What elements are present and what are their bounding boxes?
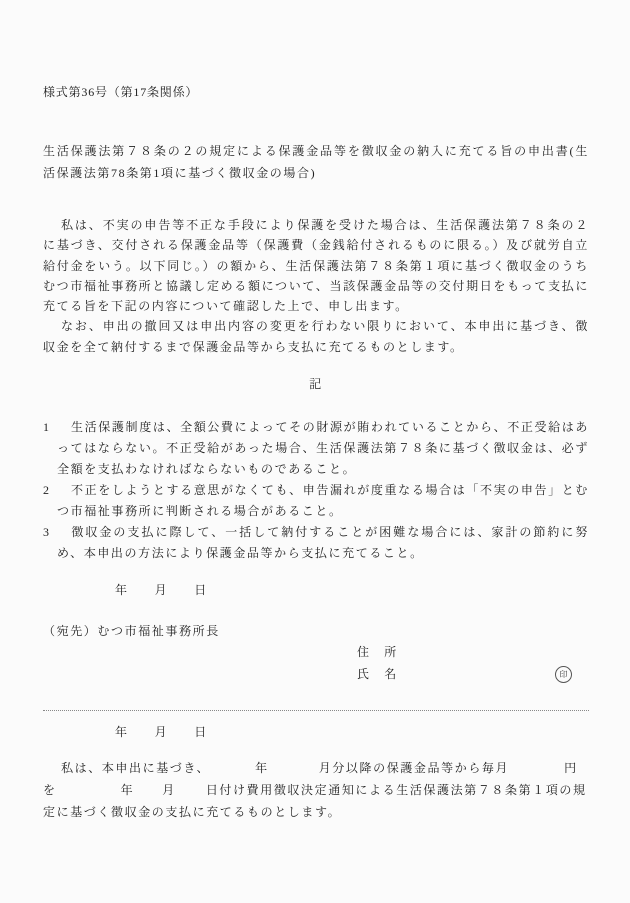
blank-day-field <box>176 793 206 794</box>
main-paragraphs: 私は、不実の申告等不正な手段により保護を受けた場合は、生活保護法第７８条の２に基… <box>43 215 589 357</box>
date-line-1: 年月日 <box>43 580 630 600</box>
notes-list: 1生活保護制度は、全額公費によってその財源が賄われていることから、不正受給はあっ… <box>43 417 589 564</box>
note-item-2: 2不正をしようとする意思がなくても、申告漏れが度重なる場合は「不実の申告」とむつ… <box>43 480 589 522</box>
day-label: 日 <box>194 725 208 739</box>
address-row: 住 所 <box>357 641 589 663</box>
lower-intro: 私は、本申出に基づき、 <box>61 761 210 775</box>
name-row: 氏 名 印 <box>357 663 589 685</box>
note-number: 1 <box>43 417 71 438</box>
note-text: 生活保護制度は、全額公費によってその財源が賄われていることから、不正受給はあって… <box>57 420 589 476</box>
year-label-2: 年 <box>121 783 135 797</box>
blank-year-field-2 <box>57 793 121 794</box>
lower-declaration: 私は、本申出に基づき、年月分以降の保護金品等から毎月円を年月日付け費用徴収決定通… <box>43 757 589 823</box>
month-label: 月 <box>155 725 169 739</box>
blank-year-field <box>210 771 255 772</box>
note-item-1: 1生活保護制度は、全額公費によってその財源が賄われていることから、不正受給はあっ… <box>43 417 589 480</box>
paragraph-declaration: 私は、不実の申告等不正な手段により保護を受けた場合は、生活保護法第７８条の２に基… <box>43 215 589 316</box>
month-label-2: 月 <box>162 783 176 797</box>
address-label: 住 所 <box>357 645 398 659</box>
yen-label: 円 <box>564 761 578 775</box>
note-item-3: 3徴収金の支払に際して、一括して納付することが困難な場合には、家計の節約に努め、… <box>43 522 589 564</box>
notes-heading: 記 <box>43 374 589 394</box>
note-number: 3 <box>43 522 71 543</box>
name-label: 氏 名 <box>357 667 398 681</box>
note-number: 2 <box>43 480 71 501</box>
signature-block: 住 所 氏 名 印 <box>357 641 589 685</box>
dotted-separator <box>43 710 589 711</box>
month-label: 月 <box>155 583 169 597</box>
month-phrase: 月分以降の保護金品等から毎月 <box>319 761 509 775</box>
year-label: 年 <box>115 583 129 597</box>
day-label: 日 <box>194 583 208 597</box>
year-label: 年 <box>255 761 269 775</box>
blank-month-field-2 <box>134 793 162 794</box>
addressee: （宛先）むつ市福祉事務所長 <box>43 621 589 641</box>
document-title: 生活保護法第７８条の２の規定による保護金品等を徴収金の納入に充てる旨の申出書(生… <box>43 140 589 184</box>
paragraph-supplement: なお、申出の撤回又は申出内容の変更を行わない限りにおいて、本申出に基づき、徴収金… <box>43 316 589 357</box>
form-number: 様式第36号（第17条関係） <box>43 82 589 102</box>
document-content: 様式第36号（第17条関係） 生活保護法第７８条の２の規定による保護金品等を徴収… <box>43 0 589 903</box>
blank-amount-field <box>509 771 564 772</box>
date-line-2: 年月日 <box>43 722 630 742</box>
blank-month-field <box>269 771 319 772</box>
note-text: 徴収金の支払に際して、一括して納付することが困難な場合には、家計の節約に努め、本… <box>57 525 589 560</box>
note-text: 不正をしようとする意思がなくても、申告漏れが度重なる場合は「不実の申告」とむつ市… <box>57 483 589 518</box>
wo-particle: を <box>43 783 57 797</box>
year-label: 年 <box>115 725 129 739</box>
document-page: 様式第36号（第17条関係） 生活保護法第７８条の２の規定による保護金品等を徴収… <box>0 0 630 903</box>
seal-mark-icon: 印 <box>555 666 572 683</box>
